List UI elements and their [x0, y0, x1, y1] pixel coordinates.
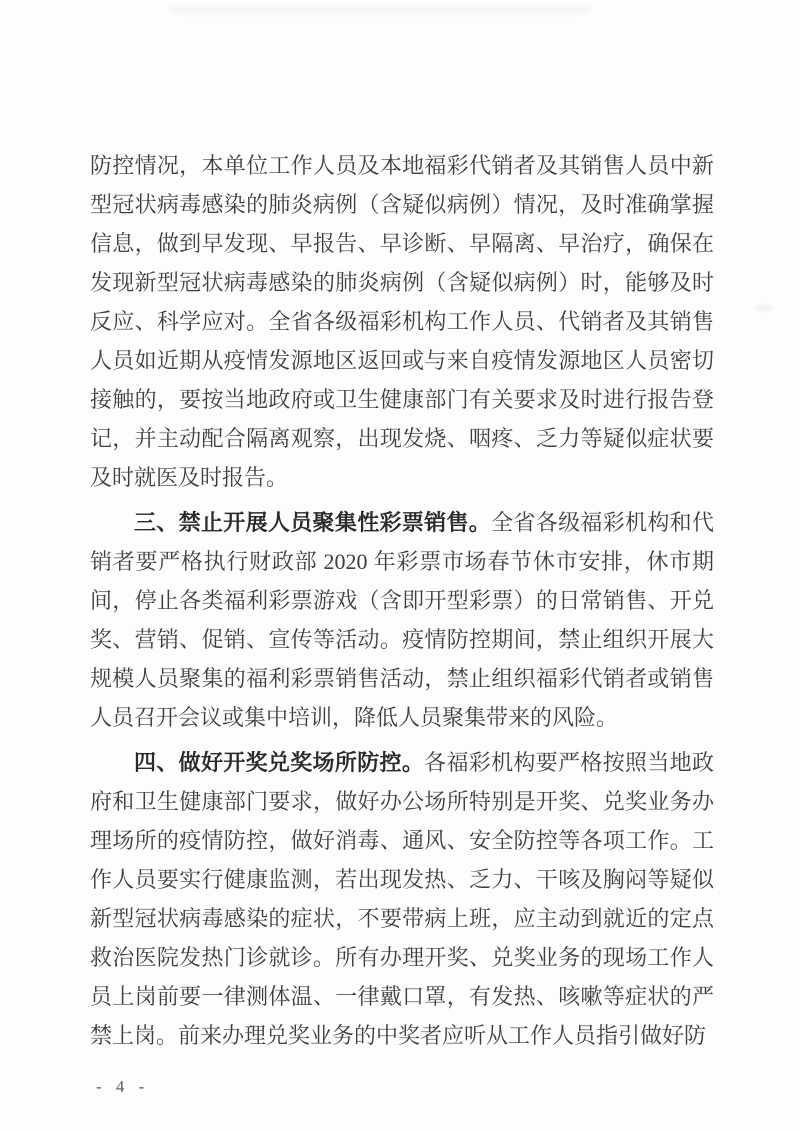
paragraph-text: 全省各级福彩机构和代销者要严格执行财政部 2020 年彩票市场春节休市安排，休市…	[90, 510, 714, 730]
scan-artifact	[170, 8, 590, 13]
paragraph-section-4: 四、做好开奖兑奖场所防控。各福彩机构要严格按照当地政府和卫生健康部门要求，做好办…	[90, 743, 714, 1055]
scan-artifact	[756, 305, 772, 311]
paragraph-section-3: 三、禁止开展人员聚集性彩票销售。全省各级福彩机构和代销者要严格执行财政部 202…	[90, 503, 714, 737]
paragraph-continuation: 防控情况，本单位工作人员及本地福彩代销者及其销售人员中新型冠状病毒感染的肺炎病例…	[90, 146, 714, 497]
page-number: - 4 -	[96, 1077, 149, 1097]
scanned-document-page: 防控情况，本单位工作人员及本地福彩代销者及其销售人员中新型冠状病毒感染的肺炎病例…	[0, 0, 800, 1131]
section-4-heading: 四、做好开奖兑奖场所防控。	[134, 750, 424, 775]
paragraph-text: 各福彩机构要严格按照当地政府和卫生健康部门要求，做好办公场所特别是开奖、兑奖业务…	[90, 750, 714, 1048]
document-body: 防控情况，本单位工作人员及本地福彩代销者及其销售人员中新型冠状病毒感染的肺炎病例…	[90, 146, 714, 1061]
section-3-heading: 三、禁止开展人员聚集性彩票销售。	[134, 510, 491, 535]
paragraph-text: 防控情况，本单位工作人员及本地福彩代销者及其销售人员中新型冠状病毒感染的肺炎病例…	[90, 153, 714, 490]
